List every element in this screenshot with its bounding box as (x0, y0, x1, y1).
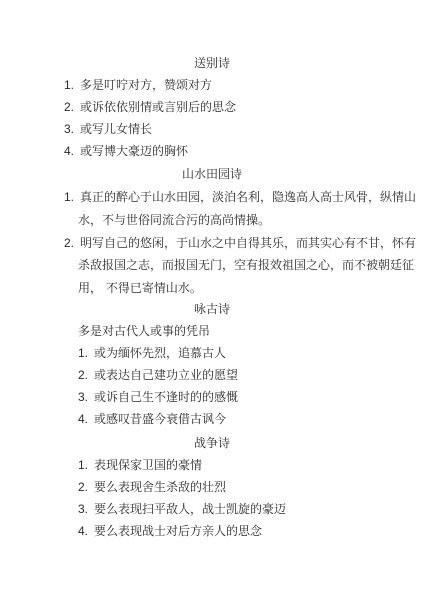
list-item-continuation: 用， 不得已寄情山水。 (78, 281, 202, 295)
list-item: 3.要么表现扫平敌人，战士凯旋的豪迈 (78, 502, 286, 516)
list-item: 1.多是叮咛对方，赞颂对方 (64, 78, 212, 92)
section-intro: 多是对古代人或事的凭吊 (78, 324, 210, 338)
list-item: 1.表现保家卫国的豪情 (78, 458, 202, 472)
list-item: 4.或写博大豪迈的胸怀 (64, 144, 188, 158)
list-item: 3.或写儿女情长 (64, 122, 152, 136)
list-item: 2.要么表现舍生杀敌的壮烈 (78, 480, 226, 494)
list-item: 1.或为缅怀先烈，追慕古人 (78, 346, 226, 360)
list-item: 1.真正的醉心于山水田园，淡泊名利，隐逸高人高士风骨，纵情山 (64, 190, 416, 204)
section-title-war: 战争诗 (0, 436, 424, 450)
list-item: 4.要么表现战士对后方亲人的思念 (78, 524, 262, 538)
list-item: 2.明写自己的悠闲，于山水之中自得其乐，而其实心有不甘，怀有 (64, 236, 416, 250)
list-item-continuation: 水，不与世俗同流合污的高尚情操。 (78, 213, 270, 227)
list-item-continuation: 杀敌报国之志，而报国无门，空有报效祖国之心，而不被朝廷征 (78, 258, 414, 272)
section-title-historical: 咏古诗 (0, 302, 424, 316)
list-item: 2.或诉依依别情或言别后的思念 (64, 100, 236, 114)
list-item: 4.或感叹昔盛今衰借古讽今 (78, 412, 226, 426)
list-item: 3.或诉自己生不逢时的的感慨 (78, 390, 238, 404)
list-item: 2.或表达自己建功立业的愿望 (78, 368, 238, 382)
section-title-landscape: 山水田园诗 (0, 167, 424, 181)
section-title-farewell: 送别诗 (0, 56, 424, 70)
